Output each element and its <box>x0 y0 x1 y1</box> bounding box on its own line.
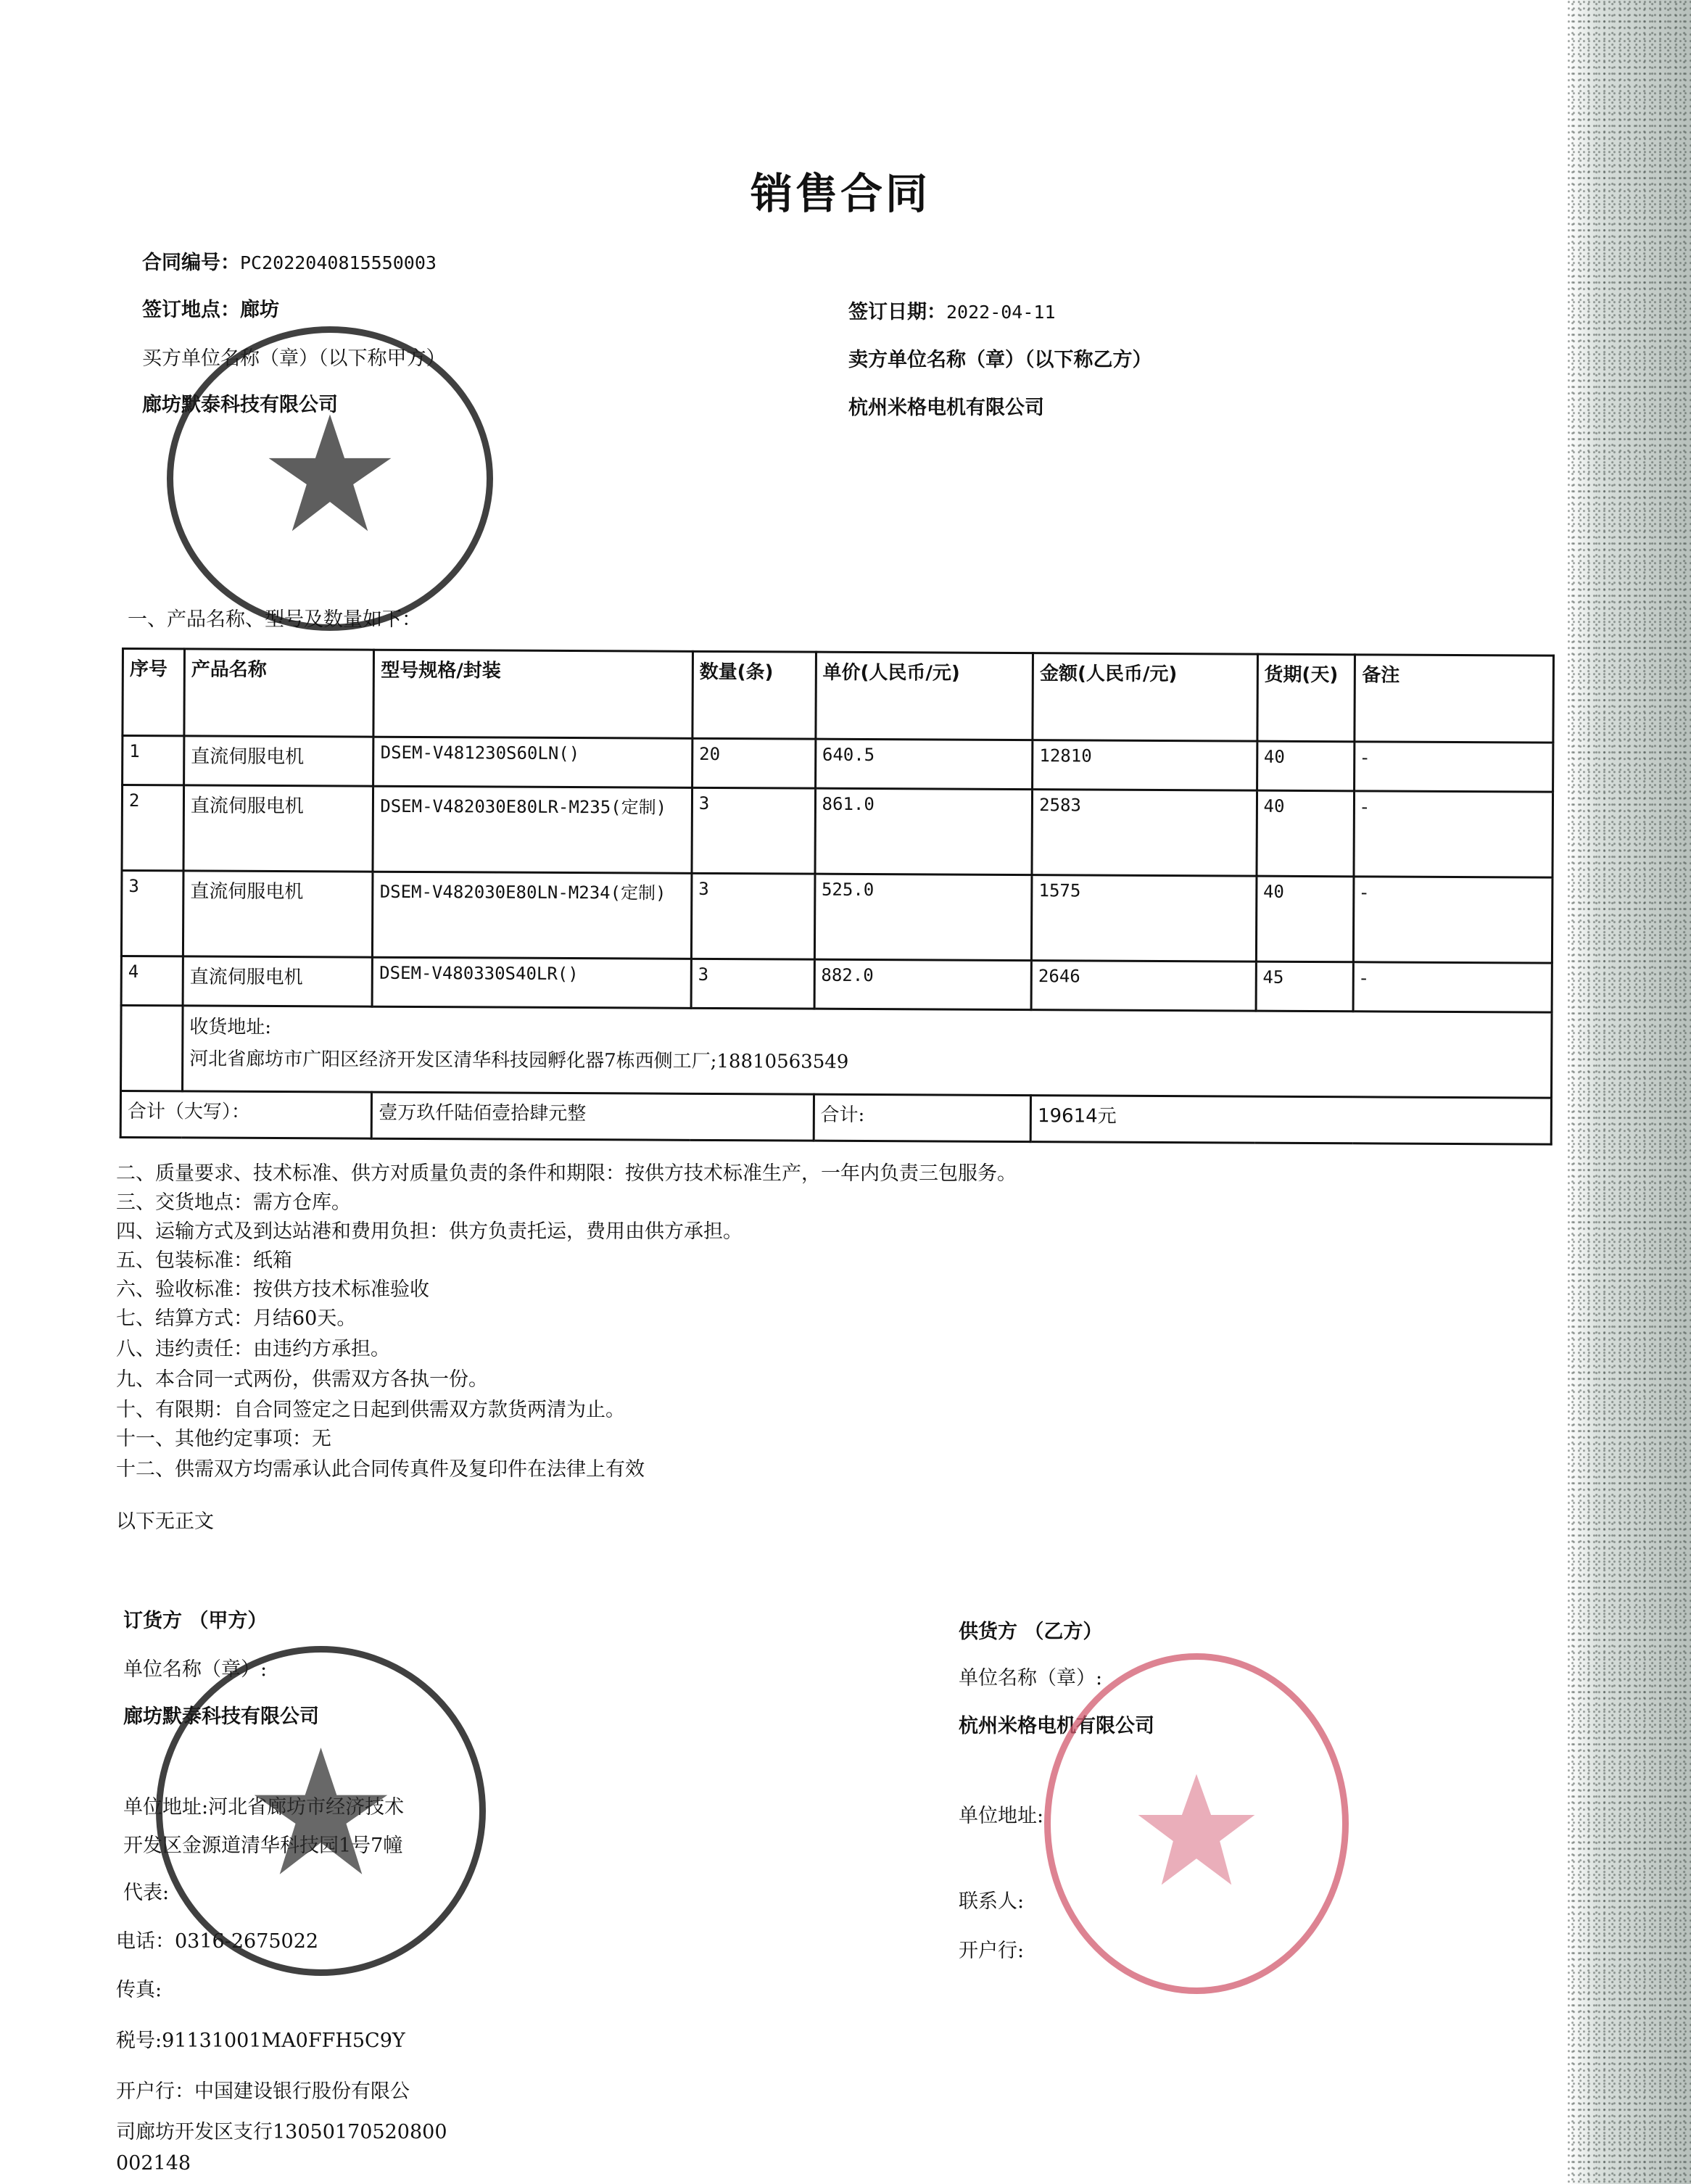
clause-4: 四、运输方式及到达站港和费用负担：供方负责托运，费用由供方承担。 <box>116 1215 743 1244</box>
party-b-bank: 开户行: <box>959 1935 1024 1963</box>
total-row: 合计（大写）： 壹万玖仟陆佰壹拾肆元整 合计: 19614元 <box>120 1091 1551 1145</box>
stamp-star-icon <box>173 333 487 624</box>
party-a-tax: 税号:91131001MA0FFH5C9Y <box>116 2024 405 2053</box>
total-upper-value: 壹万玖仟陆佰壹拾肆元整 <box>372 1092 814 1141</box>
total-label: 合计: <box>814 1094 1031 1141</box>
scan-edge-shadow <box>1568 0 1691 2184</box>
clause-2: 二、质量要求、技术标准、供方对质量负责的条件和期限：按供方技术标准生产，一年内负… <box>116 1157 1017 1186</box>
clause-11: 十一、其他约定事项：无 <box>116 1423 331 1451</box>
party-a-bank-line2: 司廊坊开发区支行13050170520800 <box>116 2116 447 2144</box>
stamp-star-icon <box>162 1653 479 1969</box>
col-header: 产品名称 <box>184 649 374 737</box>
col-header: 货期(天) <box>1257 654 1355 742</box>
stamp-star-icon <box>1051 1660 1342 1987</box>
party-b-contact: 联系人: <box>959 1885 1024 1914</box>
clause-9: 九、本合同一式两份，供需双方各执一份。 <box>116 1363 488 1391</box>
buyer-company-stamp <box>167 326 493 631</box>
clause-8: 八、违约责任：由违约方承担。 <box>116 1333 390 1361</box>
table-row: 3 直流伺服电机 DSEM-V482030E80LN-M234(定制) 3 52… <box>121 871 1553 964</box>
clause-5: 五、包装标准：纸箱 <box>116 1244 292 1273</box>
clause-6: 六、验收标准：按供方技术标准验收 <box>116 1273 429 1302</box>
clause-3: 三、交货地点：需方仓库。 <box>116 1186 351 1215</box>
sign-date: 签订日期：2022-04-11 <box>848 296 1056 324</box>
product-table: 序号 产品名称 型号规格/封装 数量(条) 单价(人民币/元) 金额(人民币/元… <box>120 648 1555 1146</box>
delivery-address-row: 收货地址: 河北省廊坊市广阳区经济开发区清华科技园孵化器7栋西侧工厂;18810… <box>121 1006 1553 1099</box>
seller-signature-stamp <box>1044 1653 1349 1994</box>
total-value: 19614元 <box>1030 1096 1551 1145</box>
clause-7: 七、结算方式：月结60天。 <box>116 1302 356 1331</box>
party-a-heading: 订货方 （甲方） <box>123 1605 267 1633</box>
sign-place: 签订地点：廊坊 <box>142 294 279 322</box>
clause-12: 十二、供需双方均需承认此合同传真件及复印件在法律上有效 <box>116 1453 645 1481</box>
delivery-address: 河北省廊坊市广阳区经济开发区清华科技园孵化器7栋西侧工厂;18810563549 <box>189 1043 1545 1081</box>
table-header-row: 序号 产品名称 型号规格/封装 数量(条) 单价(人民币/元) 金额(人民币/元… <box>123 649 1554 743</box>
total-upper-label: 合计（大写）： <box>120 1091 372 1139</box>
col-header: 金额(人民币/元) <box>1033 653 1257 742</box>
document-title: 销售合同 <box>751 160 930 220</box>
party-a-bank-line3: 002148 <box>116 2152 191 2175</box>
col-header: 型号规格/封装 <box>373 650 692 738</box>
section-1-heading: 一、产品名称、型号及数量如下： <box>128 603 421 632</box>
party-a-bank: 开户行：中国建设银行股份有限公 <box>116 2075 410 2104</box>
contract-number: 合同编号：PC2022040815550003 <box>142 247 437 275</box>
col-header: 单价(人民币/元) <box>816 652 1033 740</box>
party-b-heading: 供货方 （乙方） <box>959 1616 1102 1644</box>
seller-name: 杭州米格电机有限公司 <box>848 392 1044 420</box>
party-a-fax: 传真: <box>116 1974 162 2002</box>
party-b-address: 单位地址: <box>959 1800 1043 1828</box>
end-note: 以下无正文 <box>116 1505 214 1534</box>
seller-label: 卖方单位名称（章）（以下称乙方） <box>848 344 1152 372</box>
table-row: 2 直流伺服电机 DSEM-V482030E80LR-M235(定制) 3 86… <box>122 785 1553 878</box>
clause-10: 十、有限期：自合同签定之日起到供需双方款货两清为止。 <box>116 1394 625 1422</box>
col-header: 序号 <box>123 649 184 736</box>
table-row: 1 直流伺服电机 DSEM-V481230S60LN() 20 640.5 12… <box>123 736 1553 793</box>
col-header: 数量(条) <box>692 651 816 739</box>
buyer-signature-stamp <box>156 1646 486 1976</box>
table-row: 4 直流伺服电机 DSEM-V480330S40LR() 3 882.0 264… <box>121 956 1552 1013</box>
col-header: 备注 <box>1355 655 1553 743</box>
